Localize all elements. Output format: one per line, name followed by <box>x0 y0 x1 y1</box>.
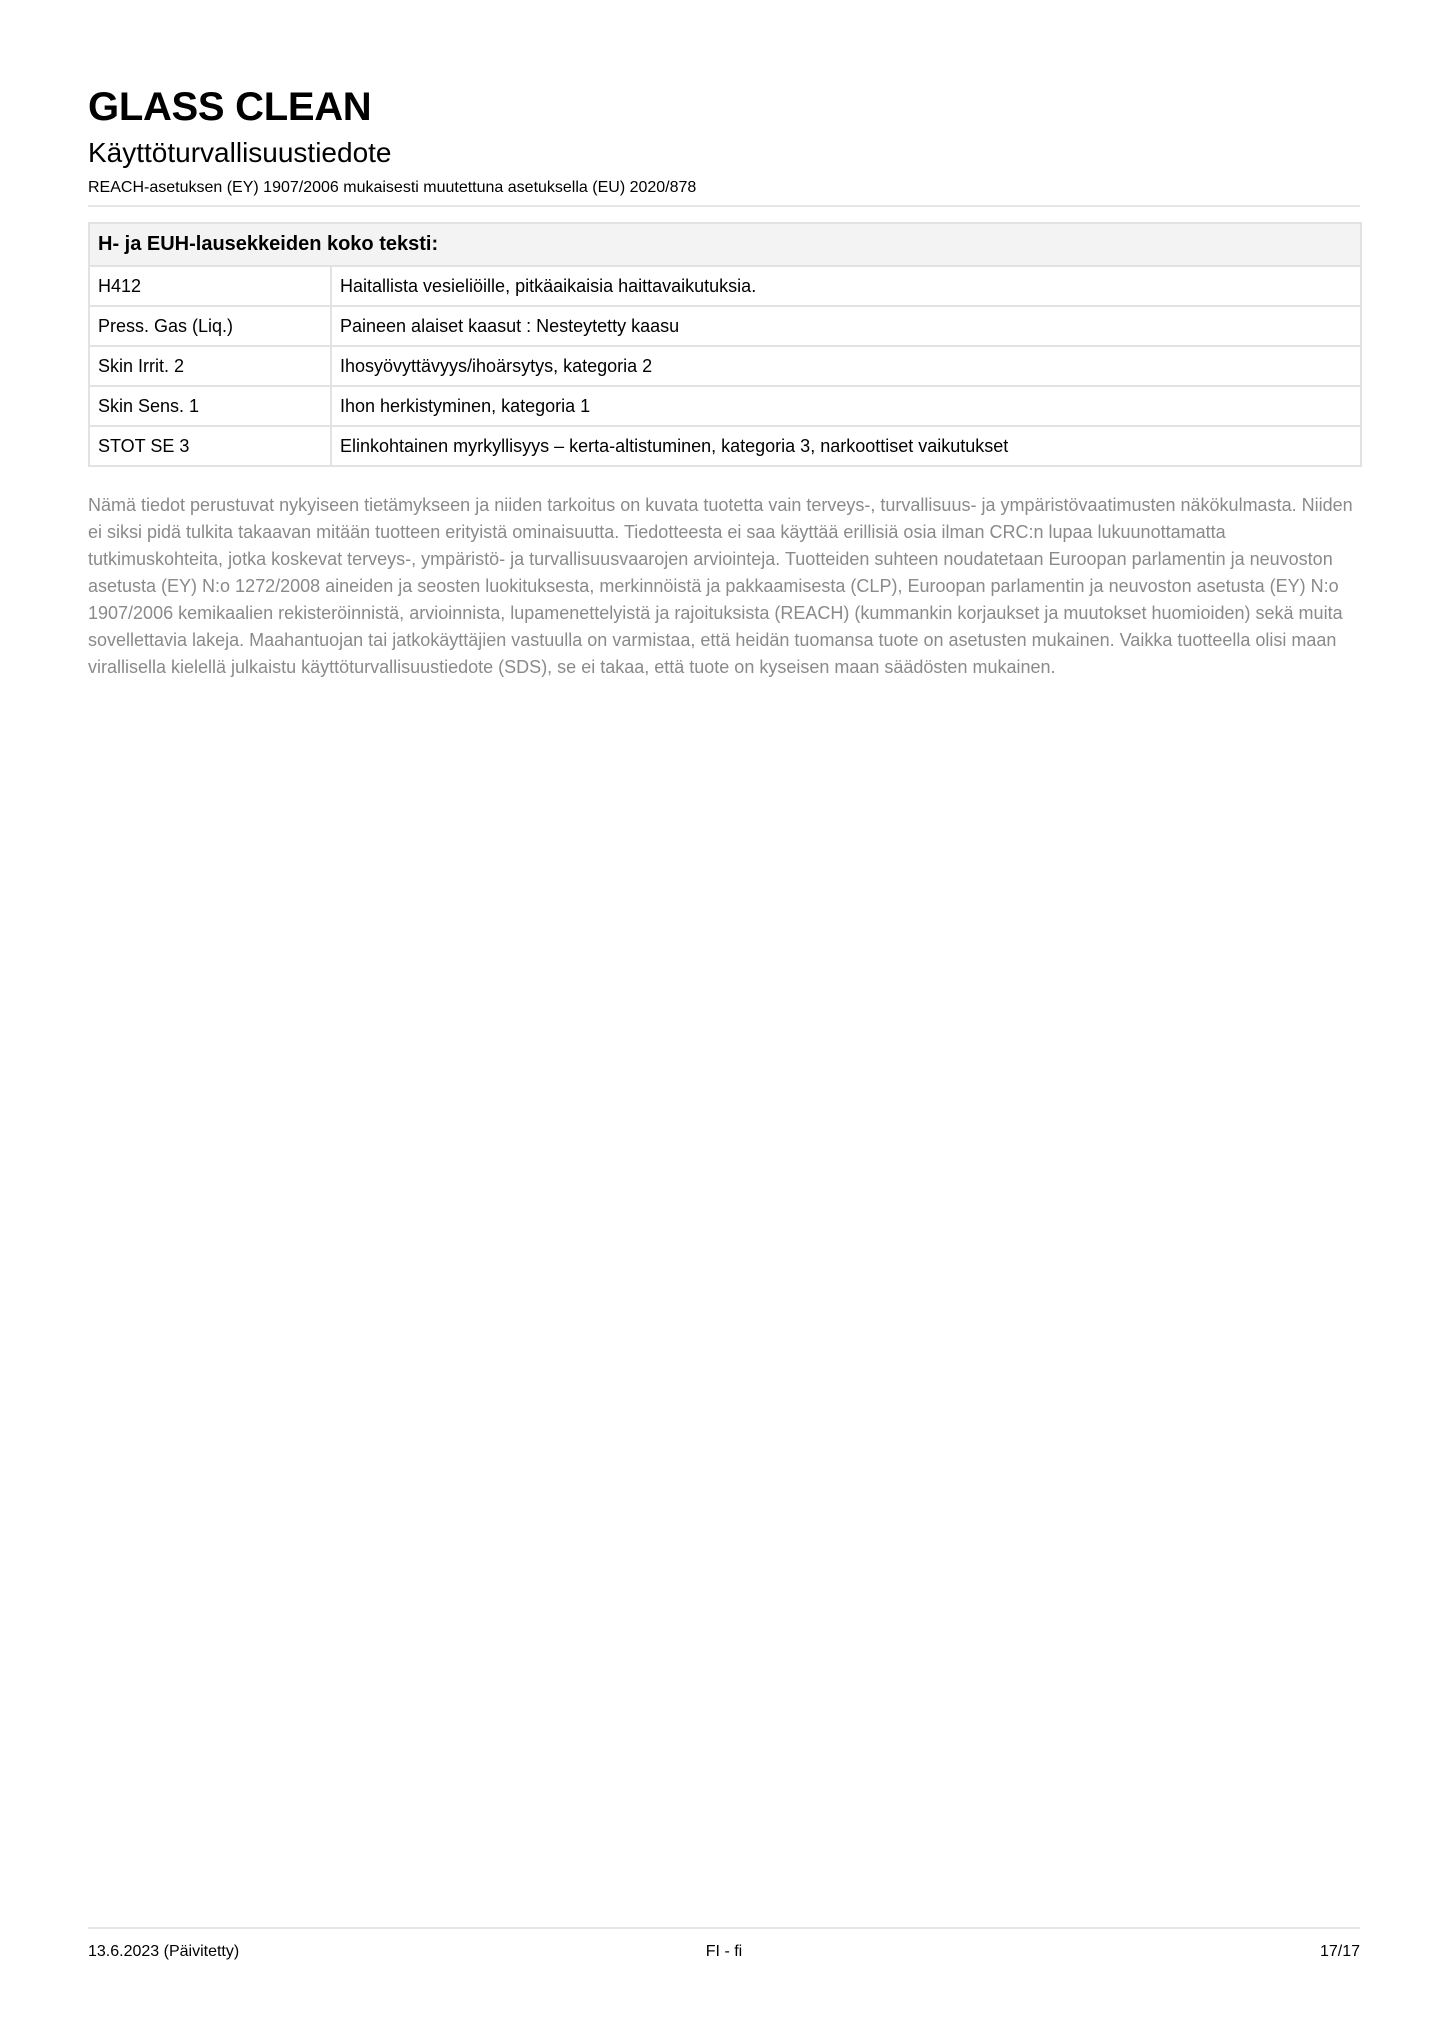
table-row: Press. Gas (Liq.) Paineen alaiset kaasut… <box>89 306 1361 346</box>
disclaimer-paragraph: Nämä tiedot perustuvat nykyiseen tietämy… <box>88 492 1363 681</box>
hazard-text: Elinkohtainen myrkyllisyys – kerta-altis… <box>331 426 1361 466</box>
hazard-code: Press. Gas (Liq.) <box>89 306 331 346</box>
language-code: FI - fi <box>88 1942 1360 1962</box>
hazard-text: Ihosyövyttävyys/ihoärsytys, kategoria 2 <box>331 346 1361 386</box>
hazard-text: Haitallista vesieliöille, pitkäaikaisia … <box>331 266 1361 306</box>
hazard-code: H412 <box>89 266 331 306</box>
hazard-code: Skin Irrit. 2 <box>89 346 331 386</box>
table-row: Skin Irrit. 2 Ihosyövyttävyys/ihoärsytys… <box>89 346 1361 386</box>
table-row: STOT SE 3 Elinkohtainen myrkyllisyys – k… <box>89 426 1361 466</box>
product-name: GLASS CLEAN <box>88 84 371 130</box>
table-title: H- ja EUH-lausekkeiden koko teksti: <box>89 223 1361 266</box>
document-type: Käyttöturvallisuustiedote <box>88 136 392 170</box>
hazard-code: Skin Sens. 1 <box>89 386 331 426</box>
header-divider <box>88 205 1360 207</box>
table-row: Skin Sens. 1 Ihon herkistyminen, kategor… <box>89 386 1361 426</box>
hazard-statements-table: H- ja EUH-lausekkeiden koko teksti: H412… <box>88 222 1362 467</box>
hazard-text: Ihon herkistyminen, kategoria 1 <box>331 386 1361 426</box>
hazard-text: Paineen alaiset kaasut : Nesteytetty kaa… <box>331 306 1361 346</box>
hazard-code: STOT SE 3 <box>89 426 331 466</box>
table-row: H412 Haitallista vesieliöille, pitkäaika… <box>89 266 1361 306</box>
page-number: 17/17 <box>1320 1942 1360 1962</box>
footer-divider <box>88 1927 1360 1929</box>
regulation-line: REACH-asetuksen (EY) 1907/2006 mukaisest… <box>88 178 696 198</box>
